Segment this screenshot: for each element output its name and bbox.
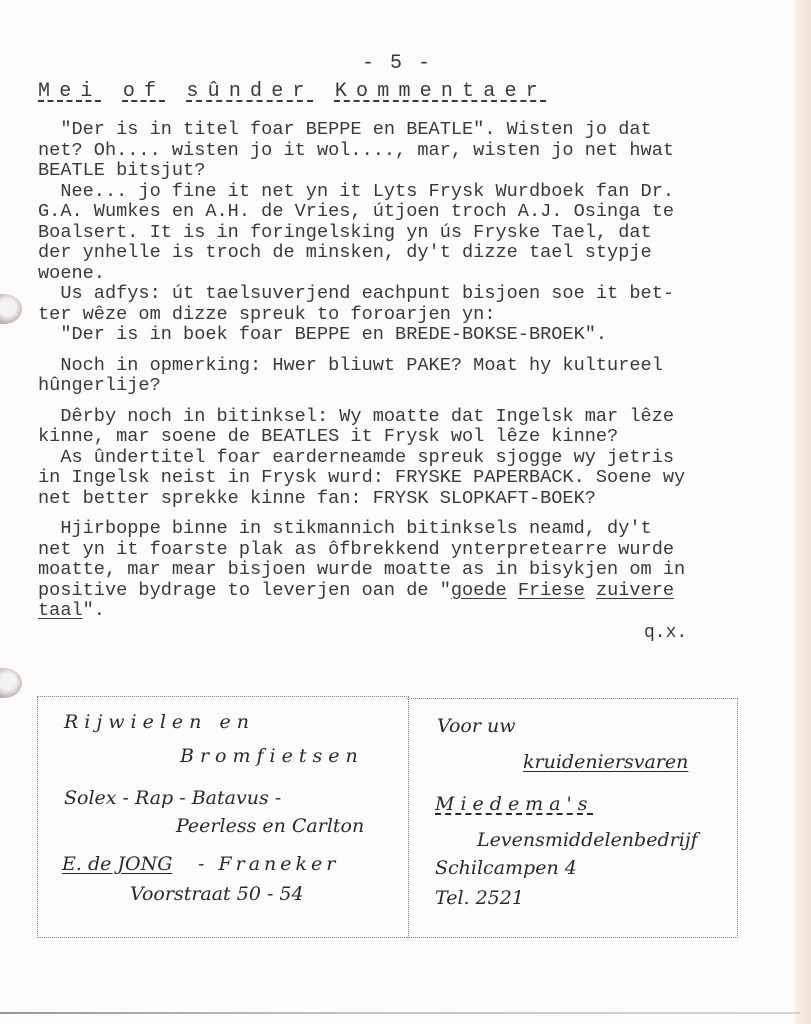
text-line: net better sprekke kinne fan: FRYSK SLOP… [38,489,758,510]
text-line: BEATLE bitsjut? [38,161,758,182]
punch-hole-icon [0,668,22,698]
text-line: kinne, mar soene de BEATLES it Frysk wol… [38,427,758,448]
paper-edge [795,0,811,1024]
text-line: taal". [38,601,758,622]
ad-headline: Rijwielen en [64,711,255,733]
text-line: Noch in opmerking: Hwer bliuwt PAKE? Moa… [38,356,758,377]
underlined-word: goede [451,580,507,601]
signature: q.x. [644,623,687,643]
text-line: net? Oh.... wisten jo it wol...., mar, w… [38,141,758,162]
text-line: net yn it foarste plak as ôfbrekkend ynt… [38,540,758,561]
text-line: Us adfys: út taelsuverjend eachpunt bisj… [38,284,758,305]
text-line: moatte, mar mear bisjoen wurde moatte as… [38,560,758,581]
text-line: Nee... jo fine it net yn it Lyts Frysk W… [38,182,758,203]
heading-word: Kommentaer [335,80,547,103]
heading-word: Mei [38,80,102,103]
text-line: As ûndertitel foar earderneamde spreuk s… [38,448,758,469]
heading-word: of [123,80,165,103]
text-line: Boalsert. It is in foringelsking yn ús F… [38,223,758,244]
ad-owner: E. de JONG [62,853,172,875]
advertisement-miedema: Voor uw kruideniersvaren Miedema's Leven… [407,698,738,938]
underlined-word: zuivere [596,580,674,601]
text-line: in Ingelsk neist in Frysk wurd: FRYSKE P… [38,468,758,489]
paragraph-gap [38,346,758,356]
ad-address: Schilcampen 4 [435,857,577,879]
underlined-word: Friese [518,580,585,601]
text-line: G.A. Wumkes en A.H. de Vries, útjoen tro… [38,202,758,223]
text-line: Dêrby noch in bitinksel: Wy moatte dat I… [38,407,758,428]
ad-store-name: Miedema's [435,793,594,815]
text-line: woene. [38,264,758,285]
page-bottom-edge [0,1012,800,1014]
text-line: hûngerlije? [38,376,758,397]
ad-phone: Tel. 2521 [435,887,524,909]
ad-brands: Solex - Rap - Batavus - [64,787,281,809]
underlined-word: taal [38,600,83,621]
text-line: "Der is in titel foar BEPPE en BEATLE". … [38,120,758,141]
ad-city: - Franeker [198,853,339,875]
ad-headline: Bromfietsen [180,745,364,767]
ad-headline: kruideniersvaren [523,751,688,773]
ad-address: Voorstraat 50 - 54 [130,883,304,905]
ad-brands: Peerless en Carlton [176,815,364,837]
ad-subtitle: Levensmiddelenbedrijf [477,829,698,851]
article-heading: Mei of sûnder Kommentaer [38,80,547,103]
text-line: ter wêze om dizze spreuk to foroarjen yn… [38,305,758,326]
text-line: positive bydrage to leverjen oan de "goe… [38,581,758,602]
advertisement-de-jong: Rijwielen en Bromfietsen Solex - Rap - B… [37,696,409,938]
heading-word: sûnder [186,80,313,103]
text-line: "Der is in boek foar BEPPE en BREDE-BOKS… [38,325,758,346]
text-line: Hjirboppe binne in stikmannich bitinksel… [38,519,758,540]
punch-hole-icon [0,294,22,324]
article-body: "Der is in titel foar BEPPE en BEATLE". … [38,120,758,622]
ad-headline: Voor uw [437,715,515,737]
paragraph-gap [38,397,758,407]
page-number: - 5 - [362,52,432,75]
text-line: der ynhelle is troch de minsken, dy't di… [38,243,758,264]
